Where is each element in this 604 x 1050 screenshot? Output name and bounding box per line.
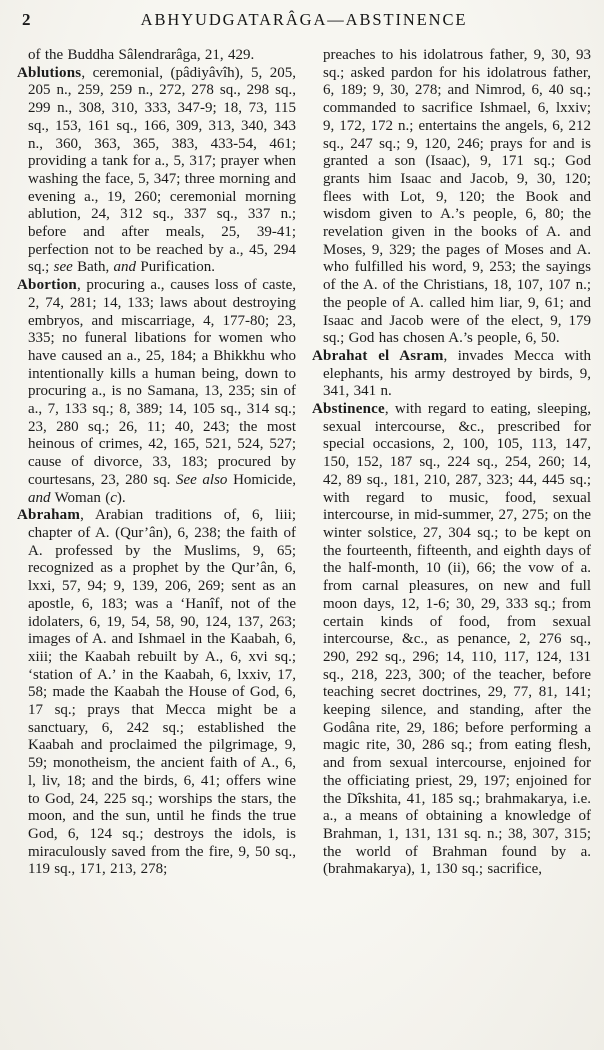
entry-headword: Abstinence [312,401,385,417]
index-entry: Abraham, Arabian traditions of, 6, liii;… [17,507,296,879]
entry-text: Bath, [73,259,114,275]
entry-text: Purification. [136,259,215,275]
entry-headword: Abrahat el Asram [312,348,444,364]
index-entry: Ablutions, ceremonial, (pâdiyâvîh), 5, 2… [17,65,296,277]
entry-text: see [54,259,73,275]
entry-headword: Abortion [17,277,77,293]
running-head: ABHYUDGATARÂGA—ABSTINENCE [17,7,591,30]
index-entry: Abstinence, with regard to eating, sleep… [312,401,591,879]
entry-text: of the Buddha Sâlendrarâga, 21, 429. [28,47,254,63]
entry-headword: Abraham [17,507,80,523]
index-entry: Abrahat el Asram, invades Mecca with ele… [312,348,591,401]
entry-text: , procuring a., causes loss of caste, 2,… [28,277,296,488]
left-column: of the Buddha Sâlendrarâga, 21, 429.Ablu… [17,47,296,1050]
entry-text: , Arabian traditions of, 6, liii; chapte… [28,507,296,877]
index-entry: Abortion, procuring a., causes loss of c… [17,277,296,507]
book-page: 2 ABHYUDGATARÂGA—ABSTINENCE of the Buddh… [0,0,604,1050]
entry-text: preaches to his idolatrous father, 9, 30… [323,47,591,346]
index-entry-continuation: of the Buddha Sâlendrarâga, 21, 429. [17,47,296,65]
page-header: 2 ABHYUDGATARÂGA—ABSTINENCE [17,7,591,34]
entry-text: and [114,259,137,275]
entry-text: Woman ( [51,490,111,506]
entry-text: See also [176,472,227,488]
entry-headword: Ablutions [17,65,81,81]
entry-text: Homicide, [227,472,296,488]
entry-text: c [110,490,117,506]
right-column: preaches to his idolatrous father, 9, 30… [312,47,591,1050]
page-number: 2 [22,10,31,30]
entry-text: ). [117,490,126,506]
entry-text: and [28,490,51,506]
index-columns: of the Buddha Sâlendrarâga, 21, 429.Ablu… [17,47,591,1050]
index-entry-continuation: preaches to his idolatrous father, 9, 30… [312,47,591,348]
entry-text: , with regard to eating, sleeping, sexua… [323,401,591,877]
entry-text: , ceremonial, (pâdiyâvîh), 5, 205, 205 n… [28,65,296,276]
